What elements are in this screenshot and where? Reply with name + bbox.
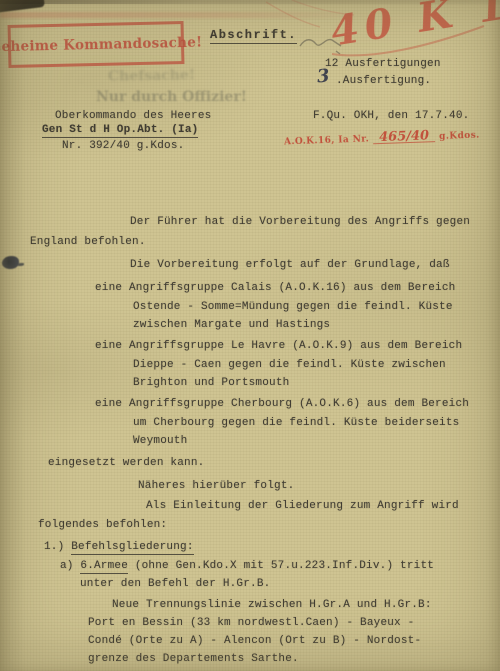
typed-line: grenze des Departements Sarthe. — [88, 653, 299, 665]
typed-line: um Cherbourg gegen die feindl. Küste bei… — [133, 417, 459, 429]
sender-line2: Gen St d H Op.Abt. (Ia) — [42, 124, 198, 136]
typed-line: folgendes befohlen: — [38, 519, 167, 531]
scan-red-streak — [0, 12, 370, 18]
document-page: Geheime Kommandosache! Chefsache! Nur du… — [0, 0, 500, 671]
typed-line: Der Führer hat die Vorbereitung des Angr… — [130, 216, 470, 228]
secret-stamp-text: Geheime Kommandosache! — [0, 34, 203, 55]
typed-line: a) 6.Armee (ohne Gen.Kdo.X mit 57.u.223.… — [60, 560, 434, 572]
typed-line: Neue Trennungslinie zwischen H.Gr.A und … — [112, 599, 432, 611]
typed-line: eine Angriffsgruppe Cherbourg (A.O.K.6) … — [95, 398, 469, 410]
typed-line: Ostende - Somme=Mündung gegen die feindl… — [133, 301, 453, 313]
ink-blot — [2, 256, 19, 269]
scan-corner-artifact — [0, 0, 45, 13]
typed-line: England befohlen. — [30, 236, 146, 248]
receipt-stamp-number: 465/40 — [373, 131, 435, 144]
copy-label: Abschrift. — [210, 28, 297, 42]
handwritten-file-number: 40 K 16 — [328, 0, 500, 56]
red-flourish-stroke1 — [266, 2, 320, 27]
secret-stamp: Geheime Kommandosache! — [8, 21, 185, 68]
sender-line1: Oberkommando des Heeres — [55, 110, 211, 122]
faded-stamp-line1: Chefsache! — [108, 67, 195, 85]
typed-line: eingesetzt werden kann. — [48, 457, 204, 469]
typed-line: Weymouth — [133, 435, 187, 447]
typed-line: Condé (Orte zu A) - Alencon (Ort zu B) -… — [88, 635, 421, 647]
receipt-stamp: A.O.K.16, Ia Nr. 465/40 g.Kdos. — [284, 130, 480, 148]
receipt-stamp-suffix: g.Kdos. — [439, 131, 480, 142]
faded-stamp-line2: Nur durch Offizier! — [96, 89, 247, 105]
receipt-stamp-prefix: A.O.K.16, Ia Nr. — [284, 134, 369, 147]
sender-line3: Nr. 392/40 g.Kdos. — [62, 140, 184, 152]
typed-line: 1.) Befehlsgliederung: — [44, 541, 194, 553]
typed-line: eine Angriffsgruppe Calais (A.O.K.16) au… — [95, 282, 455, 294]
typed-line: Näheres hierüber folgt. — [138, 480, 294, 492]
typed-line: Port en Bessin (33 km nordwestl.Caen) - … — [88, 617, 414, 629]
copies-total: 12 Ausfertigungen — [325, 58, 441, 70]
typed-line: Brighton und Portsmouth — [133, 377, 289, 389]
copy-number-suffix: .Ausfertigung. — [336, 75, 431, 87]
typed-line: Als Einleitung der Gliederung zum Angrif… — [146, 500, 459, 512]
typed-line: unter den Befehl der H.Gr.B. — [80, 578, 270, 590]
typed-line: Die Vorbereitung erfolgt auf der Grundla… — [130, 259, 450, 271]
typed-line: Dieppe - Caen gegen die feindl. Küste zw… — [133, 359, 446, 371]
typed-line: eine Angriffsgruppe Le Havre (A.O.K.9) a… — [95, 340, 462, 352]
typed-line: zwischen Margate und Hastings — [133, 319, 330, 331]
handwritten-copy-number: 3 — [316, 65, 330, 87]
dateline: F.Qu. OKH, den 17.7.40. — [313, 110, 469, 122]
